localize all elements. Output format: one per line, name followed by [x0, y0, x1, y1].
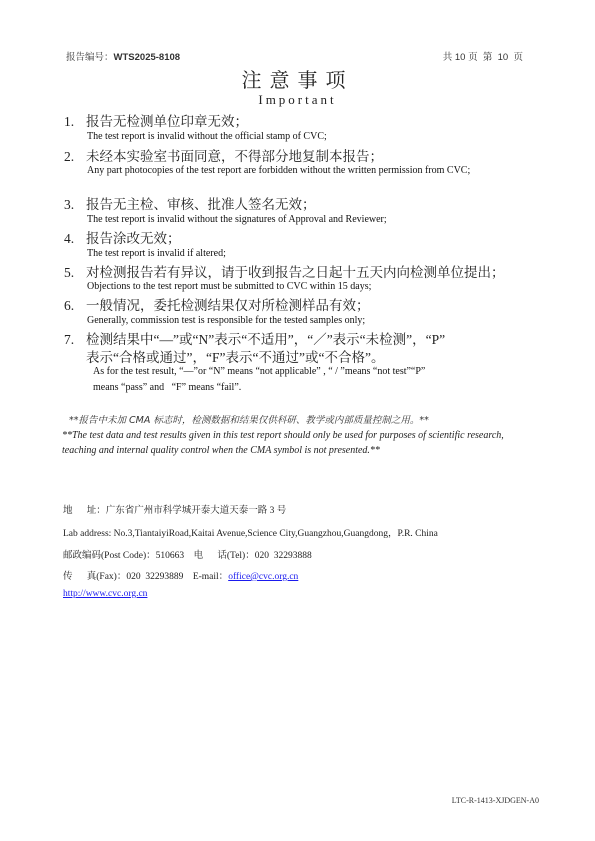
- report-number-value: WTS2025-8108: [114, 52, 181, 63]
- fax-and-email: 传 真(Fax)：020 32293889 E-mail：office@cvc.…: [63, 568, 298, 582]
- notice-item-4: 4.报告涂改无效；: [64, 227, 181, 247]
- notice-item-4-english: The test report is invalid if altered;: [87, 247, 527, 260]
- website-row: http://www.cvc.org.cn: [63, 589, 147, 599]
- notice-item-7-line-2: 表示“合格或通过”，“F”表示“不通过”或“不合格”。: [86, 346, 384, 366]
- notice-item-7-english-line-2: means “pass” and “F” means “fail”.: [93, 381, 533, 394]
- notice-item-7: 7.检测结果中“—”或“N”表示“不适用”，“／”表示“未检测”，“P”: [64, 328, 445, 348]
- notice-item-2-english: Any part photocopies of the test report …: [87, 164, 527, 177]
- cma-note-chinese: **报告中未加 CMA 标志时，检测数据和结果仅供科研、教学或内部质量控制之用。…: [69, 412, 429, 426]
- page-info: 共 10 页 第 10 页: [443, 49, 523, 63]
- website-link[interactable]: http://www.cvc.org.cn: [63, 589, 147, 599]
- notice-item-3: 3.报告无主检、审核、批准人签名无效；: [64, 193, 316, 213]
- page-title-english: Important: [0, 92, 595, 108]
- notice-item-5-english: Objections to the test report must be su…: [87, 280, 527, 293]
- report-number: 报告编号：WTS2025-8108: [66, 49, 180, 63]
- email-link[interactable]: office@cvc.org.cn: [228, 572, 298, 582]
- notice-item-3-english: The test report is invalid without the s…: [87, 213, 527, 226]
- address-chinese: 地 址：广东省广州市科学城开泰大道天泰一路 3 号: [63, 502, 286, 516]
- address-english: Lab address: No.3,TiantaiyiRoad,Kaitai A…: [63, 525, 438, 539]
- post-and-tel: 邮政编码(Post Code)：510663 电 话(Tel)：020 3229…: [63, 547, 312, 561]
- notice-item-5: 5.对检测报告若有异议，请于收到报告之日起十五天内向检测单位提出；: [64, 261, 505, 281]
- report-number-label: 报告编号：: [66, 52, 114, 63]
- notice-item-1-english: The test report is invalid without the o…: [87, 130, 527, 143]
- notice-item-7-english: As for the test result, “—”or “N” means …: [93, 365, 533, 378]
- page-title-chinese: 注意事项: [0, 64, 595, 93]
- notice-item-1: 1.报告无检测单位印章无效；: [64, 110, 248, 130]
- document-code: LTC-R-1413-XJDGEN-A0: [452, 796, 539, 805]
- cma-note-english: **The test data and test results given i…: [62, 429, 522, 458]
- notice-item-6-english: Generally, commission test is responsibl…: [87, 314, 527, 327]
- notice-item-2: 2.未经本实验室书面同意，不得部分地复制本报告；: [64, 145, 383, 165]
- notice-item-6: 6.一般情况，委托检测结果仅对所检测样品有效；: [64, 294, 370, 314]
